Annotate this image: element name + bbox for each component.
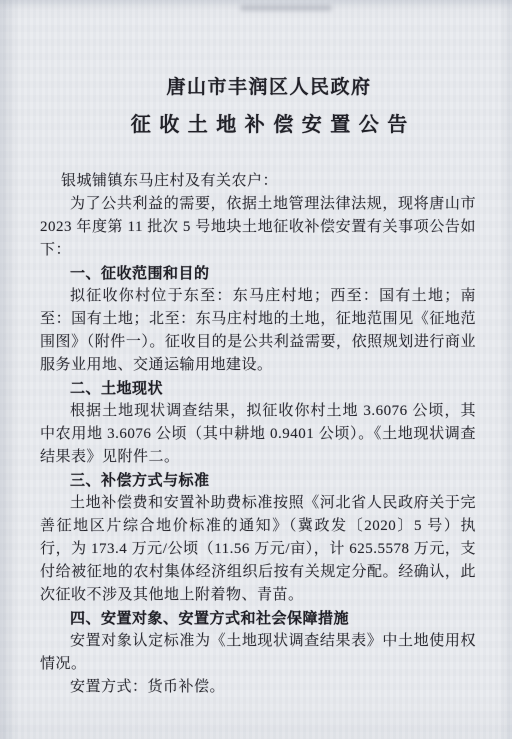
announcement-title: 征收土地补偿安置公告 bbox=[51, 108, 487, 137]
scanned-document-page: { "meta": { "colors": { "paper": "#e8eae… bbox=[0, 0, 512, 739]
section-3-paragraph-1: 土地补偿费和安置补助费标准按照《河北省人民政府关于完善征地区片综合地价标准的通知… bbox=[40, 492, 476, 607]
section-3-heading: 三、补偿方式与标准 bbox=[40, 469, 476, 492]
salutation: 银城铺镇东马庄村及有关农户： bbox=[40, 170, 476, 193]
section-1-heading: 一、征收范围和目的 bbox=[40, 262, 476, 285]
issuer-title: 唐山市丰润区人民政府 bbox=[51, 72, 487, 99]
announcement-document: 唐山市丰润区人民政府 征收土地补偿安置公告 银城铺镇东马庄村及有关农户： 为了公… bbox=[40, 72, 476, 699]
document-body: 银城铺镇东马庄村及有关农户： 为了公共利益的需要，依据土地管理法律法规，现将唐山… bbox=[40, 170, 476, 699]
section-4-heading: 四、安置对象、安置方式和社会保障措施 bbox=[40, 607, 476, 630]
section-4-paragraph-2: 安置方式：货币补偿。 bbox=[40, 676, 476, 699]
intro-paragraph: 为了公共利益的需要，依据土地管理法律法规，现将唐山市 2023 年度第 11 批… bbox=[40, 193, 476, 262]
section-4-paragraph-1: 安置对象认定标准为《土地现状调查结果表》中土地使用权情况。 bbox=[40, 630, 476, 676]
section-2-paragraph-1: 根据土地现状调查结果，拟征收你村土地 3.6076 公顷，其中农用地 3.607… bbox=[40, 400, 476, 469]
section-2-heading: 二、土地现状 bbox=[40, 377, 476, 400]
scan-smudge-mark bbox=[240, 5, 332, 11]
section-1-paragraph-1: 拟征收你村位于东至：东马庄村地；西至：国有土地；南至：国有土地；北至：东马庄村地… bbox=[40, 285, 476, 377]
